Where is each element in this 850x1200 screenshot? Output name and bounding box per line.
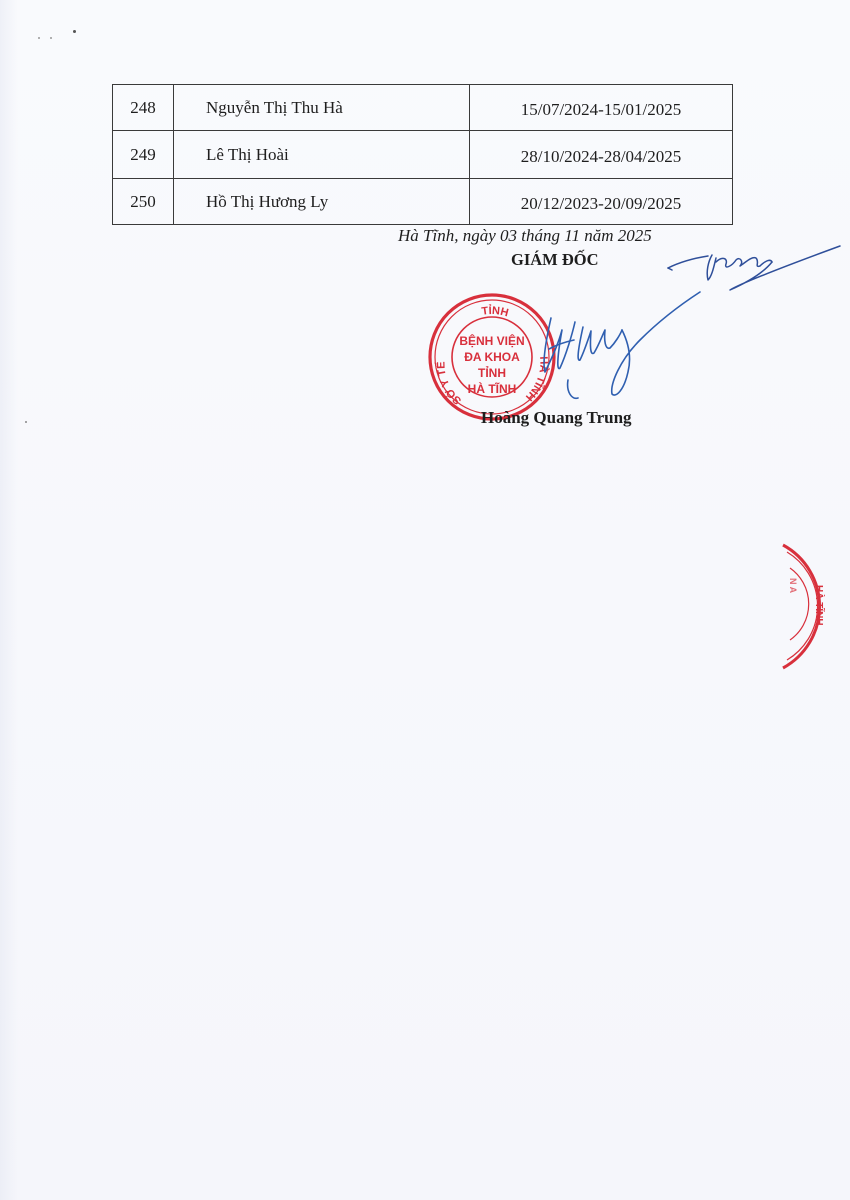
full-name: Nguyễn Thị Thu Hà	[174, 85, 470, 131]
personnel-table: 248 Nguyễn Thị Thu Hà 15/07/2024-15/01/2…	[112, 84, 733, 225]
place-and-date: Hà Tĩnh, ngày 03 tháng 11 năm 2025	[398, 226, 652, 246]
full-name: Hồ Thị Hương Ly	[174, 179, 470, 225]
period: 15/07/2024-15/01/2025	[470, 85, 733, 131]
signer-title: GIÁM ĐỐC	[511, 250, 599, 270]
table-row: 248 Nguyễn Thị Thu Hà 15/07/2024-15/01/2…	[113, 85, 733, 131]
row-number: 250	[113, 179, 174, 225]
row-number: 248	[113, 85, 174, 131]
signer-name: Hoàng Quang Trung	[481, 408, 632, 428]
scan-speck	[38, 37, 40, 39]
period: 20/12/2023-20/09/2025	[470, 179, 733, 225]
row-number: 249	[113, 131, 174, 179]
table-row: 249 Lê Thị Hoài 28/10/2024-28/04/2025	[113, 131, 733, 179]
scan-speck	[50, 37, 52, 39]
period: 28/10/2024-28/04/2025	[470, 131, 733, 179]
full-name: Lê Thị Hoài	[174, 131, 470, 179]
scan-speck	[25, 421, 27, 423]
table-row: 250 Hồ Thị Hương Ly 20/12/2023-20/09/202…	[113, 179, 733, 225]
scan-speck	[73, 30, 76, 33]
